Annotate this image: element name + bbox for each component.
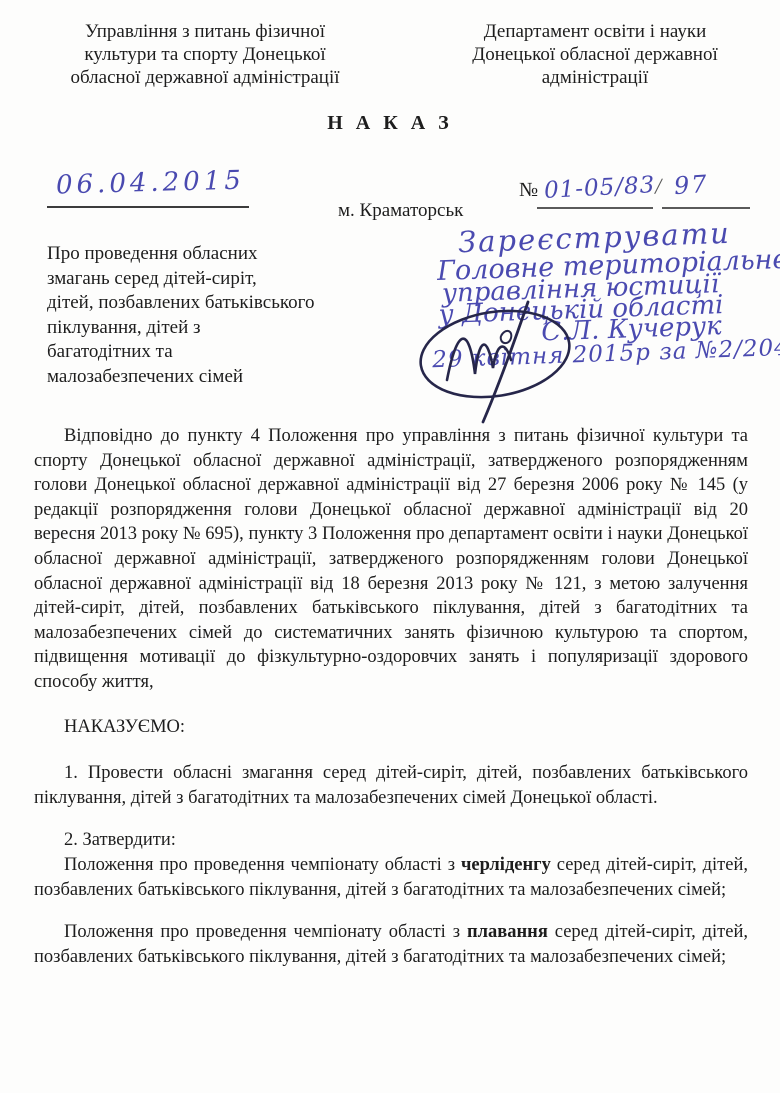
date-handwritten: 06.04.2015 xyxy=(56,166,246,201)
city-label: м. Краматорськ xyxy=(338,200,463,222)
number-underline-2 xyxy=(662,207,750,209)
subject-line: Про проведення обласних xyxy=(47,242,367,267)
order-item-2-heading: 2. Затвердити: xyxy=(34,828,748,853)
preamble-paragraph: Відповідно до пункту 4 Положення про упр… xyxy=(34,424,748,695)
cheer-sport-name: черліденгу xyxy=(461,855,551,875)
issuing-org-right: Департамент освіти і науки Донецької обл… xyxy=(445,20,745,89)
swim-text-before: Положення про проведення чемпіонату обла… xyxy=(64,922,467,942)
order-item-2-cheerleading: Положення про проведення чемпіонату обла… xyxy=(34,853,748,902)
number-label: № xyxy=(519,179,538,202)
document-title: Н А К А З xyxy=(0,112,780,135)
swim-sport-name: плавання xyxy=(467,922,548,942)
subject-line: багатодітних та xyxy=(47,340,367,365)
order-item-2-swimming: Положення про проведення чемпіонату обла… xyxy=(34,920,748,969)
subject-line: дітей, позбавлених батьківського xyxy=(47,291,367,316)
resolve-heading: НАКАЗУЄМО: xyxy=(34,715,748,740)
issuing-org-left: Управління з питань фізичної культури та… xyxy=(55,20,355,89)
subject-line: піклування, дітей з xyxy=(47,316,367,341)
subject-line: змагань серед дітей-сиріт, xyxy=(47,267,367,292)
date-underline xyxy=(47,206,249,208)
number-underline-1 xyxy=(537,207,653,209)
subject-line: малозабезпечених сімей xyxy=(47,365,367,390)
subject-block: Про проведення обласних змагань серед ді… xyxy=(47,242,367,389)
order-item-1: 1. Провести обласні змагання серед дітей… xyxy=(34,761,748,810)
number-handwritten-1: 01-05/83 xyxy=(543,172,656,204)
signature-icon xyxy=(415,296,580,424)
order-body: Відповідно до пункту 4 Положення про упр… xyxy=(34,424,748,969)
cheer-text-before: Положення про проведення чемпіонату обла… xyxy=(64,855,461,875)
scanned-order-document: Управління з питань фізичної культури та… xyxy=(0,0,780,1093)
number-handwritten-2: 97 xyxy=(673,170,709,200)
